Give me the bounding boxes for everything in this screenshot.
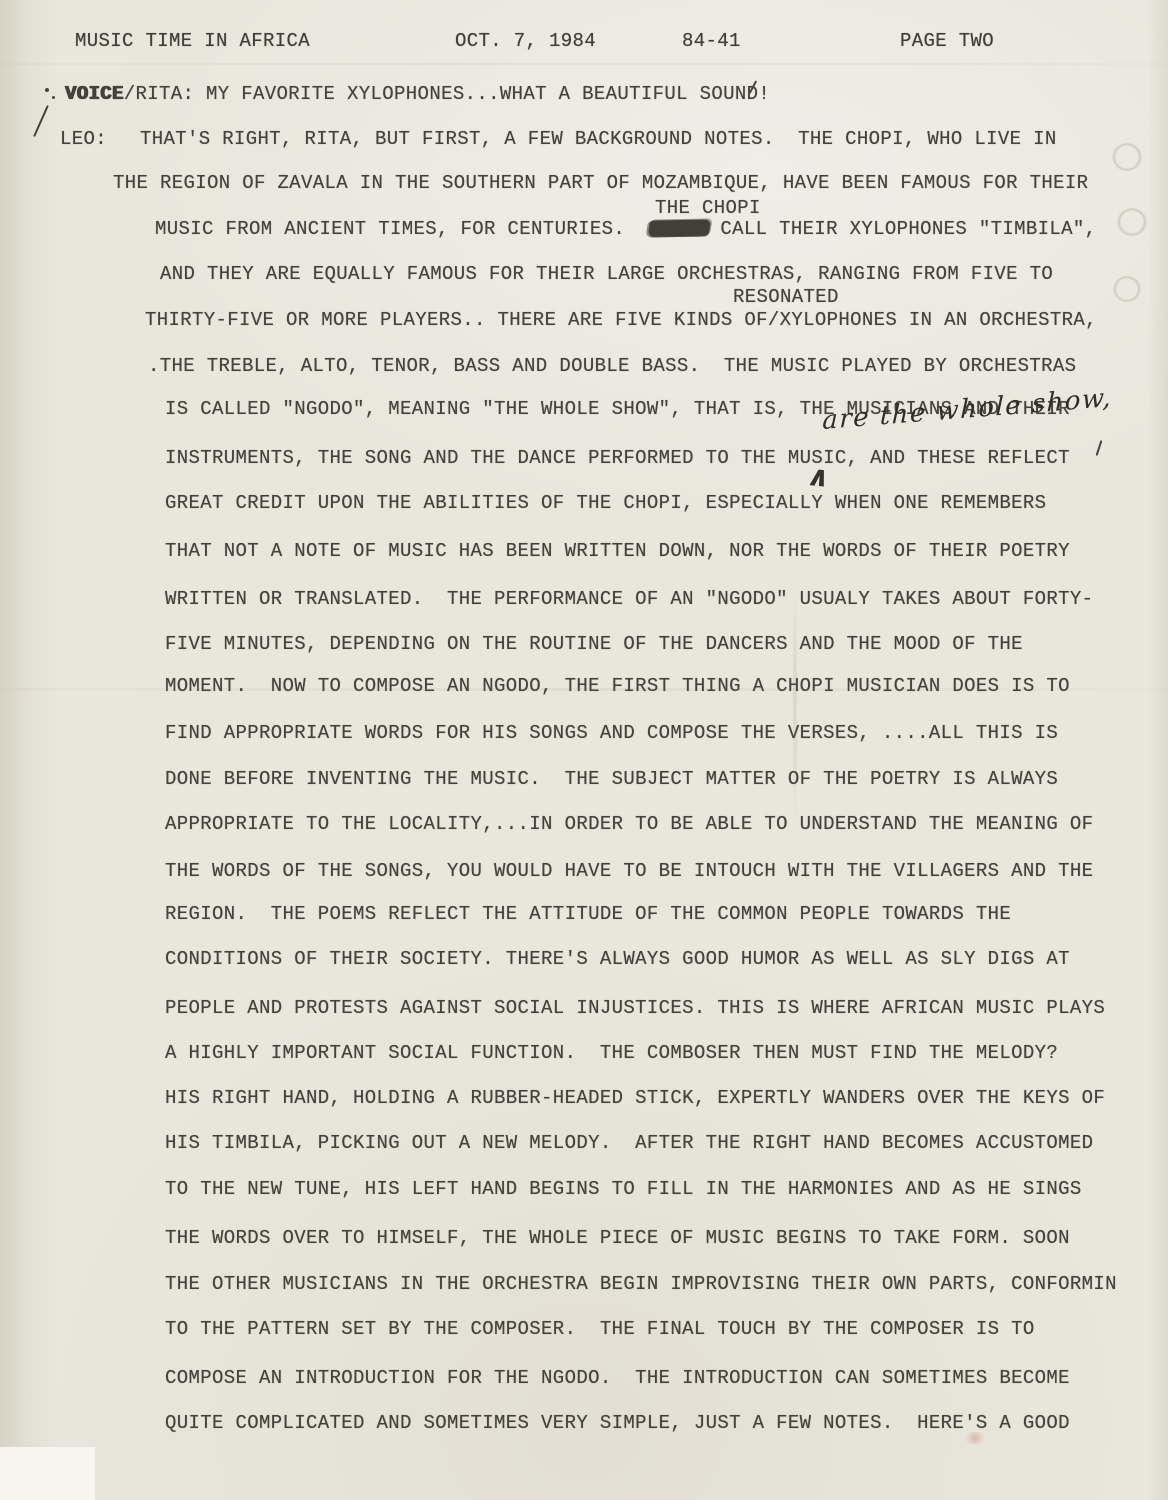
smudge-mark — [962, 1432, 988, 1444]
stain-mark — [1113, 276, 1141, 302]
text-line: MOMENT. NOW TO COMPOSE AN NGODO, THE FIR… — [165, 675, 1070, 697]
line-with-strikeout: MUSIC FROM ANCIENT TIMES, FOR CENTURIES.… — [155, 218, 1096, 240]
text-line: HIS TIMBILA, PICKING OUT A NEW MELODY. A… — [165, 1132, 1093, 1154]
text-line: FIVE MINUTES, DEPENDING ON THE ROUTINE O… — [165, 633, 1023, 655]
page-number: PAGE TWO — [900, 30, 994, 52]
episode-number: 84-41 — [682, 30, 741, 52]
speaker-label-leo: LEO: — [60, 128, 107, 150]
handwritten-annotation: are the whole show, — [822, 383, 1113, 436]
text-line: THAT'S RIGHT, RITA, BUT FIRST, A FEW BAC… — [140, 128, 1057, 150]
text-line: THE OTHER MUSICIANS IN THE ORCHESTRA BEG… — [165, 1273, 1117, 1295]
text-line: THIRTY-FIVE OR MORE PLAYERS.. THERE ARE … — [145, 309, 1097, 331]
paper-crease — [0, 688, 1168, 691]
text-line: QUITE COMPLICATED AND SOMETIMES VERY SIM… — [165, 1412, 1070, 1434]
text-line: WRITTEN OR TRANSLATED. THE PERFORMANCE O… — [165, 588, 1093, 610]
text-line: THE WORDS OVER TO HIMSELF, THE WHOLE PIE… — [165, 1227, 1070, 1249]
pen-dot — [52, 96, 55, 99]
pen-stroke-margin — [33, 105, 49, 137]
scan-edge-strip — [0, 1447, 95, 1500]
text-line: THAT NOT A NOTE OF MUSIC HAS BEEN WRITTE… — [165, 540, 1070, 562]
paper-crease — [0, 63, 1168, 65]
text-line: TO THE NEW TUNE, HIS LEFT HAND BEGINS TO… — [165, 1178, 1082, 1200]
page-title: MUSIC TIME IN AFRICA — [75, 30, 310, 52]
text-line: DONE BEFORE INVENTING THE MUSIC. THE SUB… — [165, 768, 1058, 790]
text-line: GREAT CREDIT UPON THE ABILITIES OF THE C… — [165, 492, 1046, 514]
text-line: PEOPLE AND PROTESTS AGAINST SOCIAL INJUS… — [165, 997, 1105, 1019]
script-page: MUSIC TIME IN AFRICA OCT. 7, 1984 84-41 … — [0, 0, 1168, 1500]
text-line: COMPOSE AN INTRODUCTION FOR THE NGODO. T… — [165, 1367, 1070, 1389]
strikeout-redaction — [647, 219, 710, 236]
pen-dot — [45, 88, 49, 92]
broadcast-date: OCT. 7, 1984 — [455, 30, 596, 52]
pen-flick-mark — [1096, 440, 1103, 456]
dialogue-line-voice: VOICE/RITA: MY FAVORITE XYLOPHONES...WHA… — [65, 83, 770, 105]
text-line: FIND APPROPRIATE WORDS FOR HIS SONGS AND… — [165, 722, 1058, 744]
typed-insertion-chopi: THE CHOPI — [655, 197, 761, 219]
text-segment: /RITA: MY FAVORITE XYLOPHONES...WHAT A B… — [124, 83, 770, 105]
stain-mark — [1117, 208, 1147, 236]
text-line: REGION. THE POEMS REFLECT THE ATTITUDE O… — [165, 903, 1011, 925]
text-line: .THE TREBLE, ALTO, TENOR, BASS AND DOUBL… — [148, 355, 1076, 377]
text-segment: MUSIC FROM ANCIENT TIMES, FOR CENTURIES. — [155, 218, 649, 240]
text-line: A HIGHLY IMPORTANT SOCIAL FUNCTION. THE … — [165, 1042, 1058, 1064]
text-line: HIS RIGHT HAND, HOLDING A RUBBER-HEADED … — [165, 1087, 1105, 1109]
text-segment: VOICE — [65, 83, 124, 105]
text-segment: CALL THEIR XYLOPHONES "TIMBILA", — [709, 218, 1097, 240]
text-line: THE WORDS OF THE SONGS, YOU WOULD HAVE T… — [165, 860, 1093, 882]
stain-mark — [1112, 143, 1142, 171]
text-line: CONDITIONS OF THEIR SOCIETY. THERE'S ALW… — [165, 948, 1070, 970]
typed-insertion-resonated: RESONATED — [733, 286, 839, 308]
text-line: APPROPRIATE TO THE LOCALITY,...IN ORDER … — [165, 813, 1093, 835]
text-line: THE REGION OF ZAVALA IN THE SOUTHERN PAR… — [113, 172, 1088, 194]
text-line: INSTRUMENTS, THE SONG AND THE DANCE PERF… — [165, 447, 1070, 469]
text-line: AND THEY ARE EQUALLY FAMOUS FOR THEIR LA… — [160, 263, 1053, 285]
paper-fold — [793, 590, 797, 825]
text-line: TO THE PATTERN SET BY THE COMPOSER. THE … — [165, 1318, 1035, 1340]
